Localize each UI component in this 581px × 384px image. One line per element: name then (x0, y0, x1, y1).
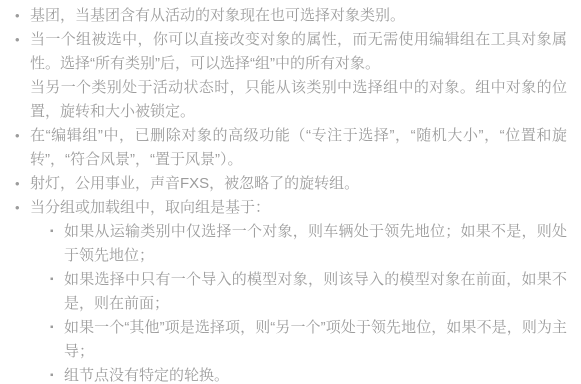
sub-list-item: ▪ 如果选择中只有一个导入的模型对象，则该导入的模型对象在前面，如果不是，则在前… (50, 268, 567, 316)
disc-bullet-icon: • (15, 172, 20, 196)
document-body: • 基团，当基团含有从活动的对象现在也可选择对象类别。 • 当一个组被选中，你可… (0, 0, 581, 384)
bullet-list: • 基团，当基团含有从活动的对象现在也可选择对象类别。 • 当一个组被选中，你可… (14, 4, 567, 384)
item-text: 当分组或加载组中，取向组是基于： (30, 196, 567, 220)
square-bullet-icon: ▪ (50, 316, 54, 340)
list-item: • 当一个组被选中，你可以直接改变对象的属性，而无需使用编辑组在工具对象属性。选… (14, 28, 567, 124)
sub-list-item: ▪ 组节点没有特定的轮换。 (50, 364, 567, 384)
sub-item-text: 如果选择中只有一个导入的模型对象，则该导入的模型对象在前面，如果不是，则在前面； (64, 268, 567, 316)
item-text: 基团，当基团含有从活动的对象现在也可选择对象类别。 (30, 4, 567, 28)
list-item: • 基团，当基团含有从活动的对象现在也可选择对象类别。 (14, 4, 567, 28)
disc-bullet-icon: • (15, 4, 20, 28)
disc-bullet-icon: • (15, 196, 20, 220)
disc-bullet-icon: • (15, 28, 20, 52)
sub-item-text: 组节点没有特定的轮换。 (64, 364, 567, 384)
square-bullet-icon: ▪ (50, 220, 54, 244)
sub-list-item: ▪ 如果一个“其他”项是选择项，则“另一个”项处于领先地位，如果不是，则为主导； (50, 316, 567, 364)
square-bullet-icon: ▪ (50, 364, 54, 384)
item-text: 射灯，公用事业，声音FXS，被忽略了的旋转组。 (30, 172, 567, 196)
list-item: • 在“编辑组”中，已删除对象的高级功能（“专注于选择”，“随机大小”，“位置和… (14, 124, 567, 172)
item-text: 在“编辑组”中，已删除对象的高级功能（“专注于选择”，“随机大小”，“位置和旋转… (30, 124, 567, 172)
item-text: 当一个组被选中，你可以直接改变对象的属性，而无需使用编辑组在工具对象属性。选择“… (30, 28, 567, 76)
sub-item-text: 如果从运输类别中仅选择一个对象，则车辆处于领先地位；如果不是，则处于领先地位； (64, 220, 567, 268)
square-bullet-icon: ▪ (50, 268, 54, 292)
list-item: • 当分组或加载组中，取向组是基于： ▪ 如果从运输类别中仅选择一个对象，则车辆… (14, 196, 567, 384)
disc-bullet-icon: • (15, 124, 20, 148)
sub-list-item: ▪ 如果从运输类别中仅选择一个对象，则车辆处于领先地位；如果不是，则处于领先地位… (50, 220, 567, 268)
item-text-continued: 当另一个类别处于活动状态时，只能从该类别中选择组中的对象。组中对象的位置，旋转和… (30, 76, 567, 124)
list-item: • 射灯，公用事业，声音FXS，被忽略了的旋转组。 (14, 172, 567, 196)
sub-bullet-list: ▪ 如果从运输类别中仅选择一个对象，则车辆处于领先地位；如果不是，则处于领先地位… (50, 220, 567, 384)
sub-item-text: 如果一个“其他”项是选择项，则“另一个”项处于领先地位，如果不是，则为主导； (64, 316, 567, 364)
